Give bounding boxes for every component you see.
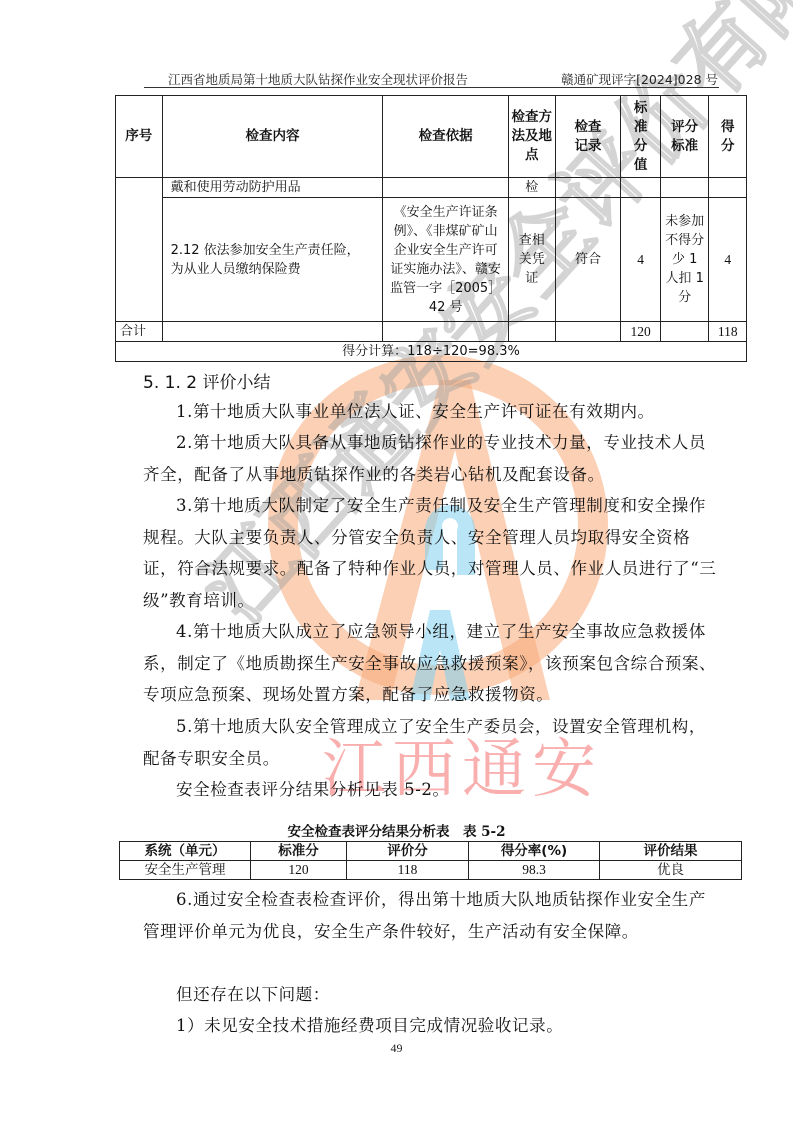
cell-content: 戴和使用劳动防护用品: [162, 178, 383, 198]
header-result: 评价结果: [600, 842, 742, 861]
table-header-row: 序号 检查内容 检查依据 检查方法及地点 检查记录 标准分值 评分标准 得分: [116, 96, 747, 178]
header-content: 检查内容: [162, 96, 383, 178]
cell-empty: [508, 322, 555, 342]
cell-empty: [162, 322, 383, 342]
cell-basis: 《安全生产许证条例》、《非煤矿矿山企业安全生产许可证实施办法》、赣安监管一字［2…: [383, 198, 509, 322]
header-score-rate: 得分率(%): [469, 842, 600, 861]
cell-result: 优良: [600, 861, 742, 880]
header-standard-score: 标准分值: [621, 96, 661, 178]
table-row: 安全生产管理 120 118 98.3 优良: [120, 861, 742, 880]
table-row: 戴和使用劳动防护用品 检: [116, 178, 747, 198]
paragraph-5: 5.第十地质大队安全管理成立了安全生产委员会，设置安全管理机构，配备专职安全员。: [143, 711, 718, 774]
table-total-row: 合计 120 118: [116, 322, 747, 342]
paragraph-6: 6.通过安全检查表检查评价，得出第十地质大队地质钻探作业安全生产管理评价单元为优…: [143, 884, 718, 947]
header-score-label: 得分: [721, 119, 735, 154]
cell-record: [555, 178, 621, 198]
cell-criteria: 未参加不得分少 1 人扣 1分: [660, 198, 709, 322]
table-row: 2.12 依法参加安全生产责任险，为从业人员缴纳保险费 《安全生产许证条例》、《…: [116, 198, 747, 322]
header-basis: 检查依据: [383, 96, 509, 178]
header-standard-score-label: 标准分值: [634, 100, 648, 173]
cell-system: 安全生产管理: [120, 861, 251, 880]
issue-1: 1）未见安全技术措施经费项目完成情况验收记录。: [143, 1010, 718, 1042]
cell-empty: [660, 322, 709, 342]
total-standard-score: 120: [621, 322, 661, 342]
header-divider: [144, 87, 719, 88]
cell-basis-text: 《安全生产许证条例》、《非煤矿矿山企业安全生产许可证实施办法》、赣安监管一字［2…: [390, 205, 501, 315]
header-record-label: 检查记录: [574, 119, 601, 154]
score-analysis-table: 系统（单元） 标准分 评价分 得分率(%) 评价结果 安全生产管理 120 11…: [119, 841, 742, 880]
cell-criteria-text: 未参加不得分少 1 人扣 1分: [665, 214, 704, 305]
cell-seq: [116, 178, 163, 322]
header-method: 检查方法及地点: [508, 96, 555, 178]
score-calculation: 得分计算：118÷120=98.3%: [116, 342, 747, 362]
header-criteria-label: 评分标准: [671, 119, 698, 154]
page-number: 49: [0, 1041, 793, 1056]
paragraph-4: 4.第十地质大队成立了应急领导小组，建立了生产安全事故应急救援体系，制定了《地质…: [143, 616, 718, 711]
header-standard-score: 标准分: [251, 842, 347, 861]
cell-content-text: 2.12 依法参加安全生产责任险，为从业人员缴纳保险费: [171, 243, 360, 277]
cell-content: 2.12 依法参加安全生产责任险，为从业人员缴纳保险费: [162, 198, 383, 322]
table-calc-row: 得分计算：118÷120=98.3%: [116, 342, 747, 362]
cell-basis: [383, 178, 509, 198]
section-title: 5. 1. 2 评价小结: [143, 368, 270, 393]
report-title: 江西省地质局第十地质大队钻探作业安全现状评价报告: [168, 70, 468, 88]
cell-method: 检: [508, 178, 555, 198]
page-header: 江西省地质局第十地质大队钻探作业安全现状评价报告 赣通矿现评字[2024]028…: [168, 68, 718, 88]
cell-standard-score: [621, 178, 661, 198]
document-number: 赣通矿现评字[2024]028 号: [561, 70, 718, 88]
cell-method-text: 查相关凭证: [519, 233, 545, 286]
paragraph-3: 3.第十地质大队制定了安全生产责任制及安全生产管理制度和安全操作规程。大队主要负…: [143, 490, 718, 616]
total-score: 118: [709, 322, 747, 342]
cell-score: [709, 178, 747, 198]
cell-criteria: [660, 178, 709, 198]
issues-intro: 但还存在以下问题：: [143, 979, 718, 1011]
paragraph-1: 1.第十地质大队事业单位法人证、安全生产许可证在有效期内。: [143, 396, 718, 428]
cell-method: 查相关凭证: [508, 198, 555, 322]
table-caption: 安全检查表评分结果分析表 表 5-2: [0, 820, 793, 840]
cell-empty: [555, 322, 621, 342]
cell-standard-score: 4: [621, 198, 661, 322]
header-evaluation-score: 评价分: [347, 842, 469, 861]
cell-evaluation-score: 118: [347, 861, 469, 880]
header-system: 系统（单元）: [120, 842, 251, 861]
header-record: 检查记录: [555, 96, 621, 178]
cell-standard-score: 120: [251, 861, 347, 880]
header-score: 得分: [709, 96, 747, 178]
total-label: 合计: [116, 322, 163, 342]
paragraph-table-ref: 安全检查表评分结果分析见表 5-2。: [143, 774, 718, 806]
paragraph-2: 2.第十地质大队具备从事地质钻探作业的专业技术力量，专业技术人员齐全，配备了从事…: [143, 427, 718, 490]
cell-score: 4: [709, 198, 747, 322]
cell-record: 符合: [555, 198, 621, 322]
cell-empty: [383, 322, 509, 342]
document-page: 江西通安安全评价有限公司 江西通安 江西省地质局第十地质大队钻探作业安全现状评价…: [0, 0, 793, 1122]
cell-score-rate: 98.3: [469, 861, 600, 880]
header-seq: 序号: [116, 96, 163, 178]
inspection-table: 序号 检查内容 检查依据 检查方法及地点 检查记录 标准分值 评分标准 得分 戴…: [115, 95, 747, 362]
table-header-row: 系统（单元） 标准分 评价分 得分率(%) 评价结果: [120, 842, 742, 861]
header-criteria: 评分标准: [660, 96, 709, 178]
